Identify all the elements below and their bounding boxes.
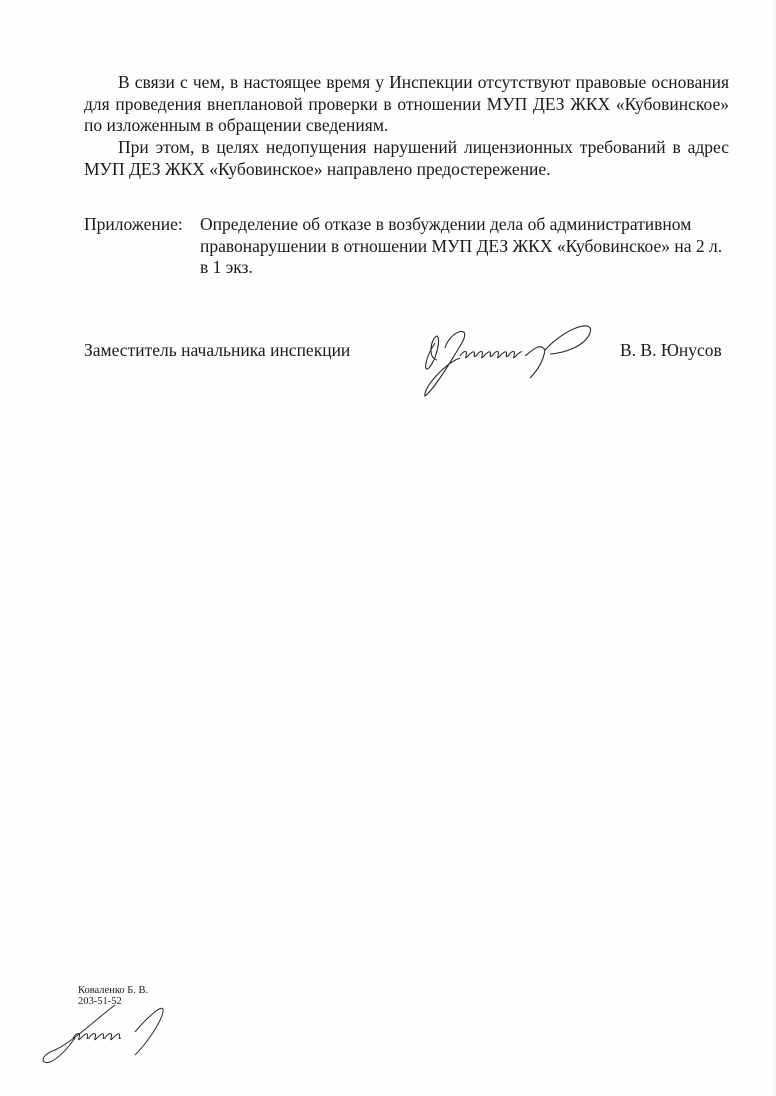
page-edge [770,0,776,1096]
paragraph-no-grounds: В связи с чем, в настоящее время у Инспе… [84,72,729,137]
handwritten-signature-icon [415,318,615,398]
paragraph-warning-issued: При этом, в целях недопущения нарушений … [84,137,729,180]
handwritten-initials-icon [35,1000,175,1070]
paragraph-text: В связи с чем, в настоящее время у Инспе… [84,72,729,135]
attachment-label: Приложение: [84,214,183,236]
attachment-text: Определение об отказе в возбуждении дела… [200,214,730,279]
signatory-title: Заместитель начальника инспекции [84,340,350,362]
signatory-name: В. В. Юнусов [620,340,722,362]
paragraph-text: При этом, в целях недопущения нарушений … [84,137,729,179]
document-page: В связи с чем, в настоящее время у Инспе… [0,0,776,1096]
executor-name: Коваленко Б. В. [78,985,148,996]
